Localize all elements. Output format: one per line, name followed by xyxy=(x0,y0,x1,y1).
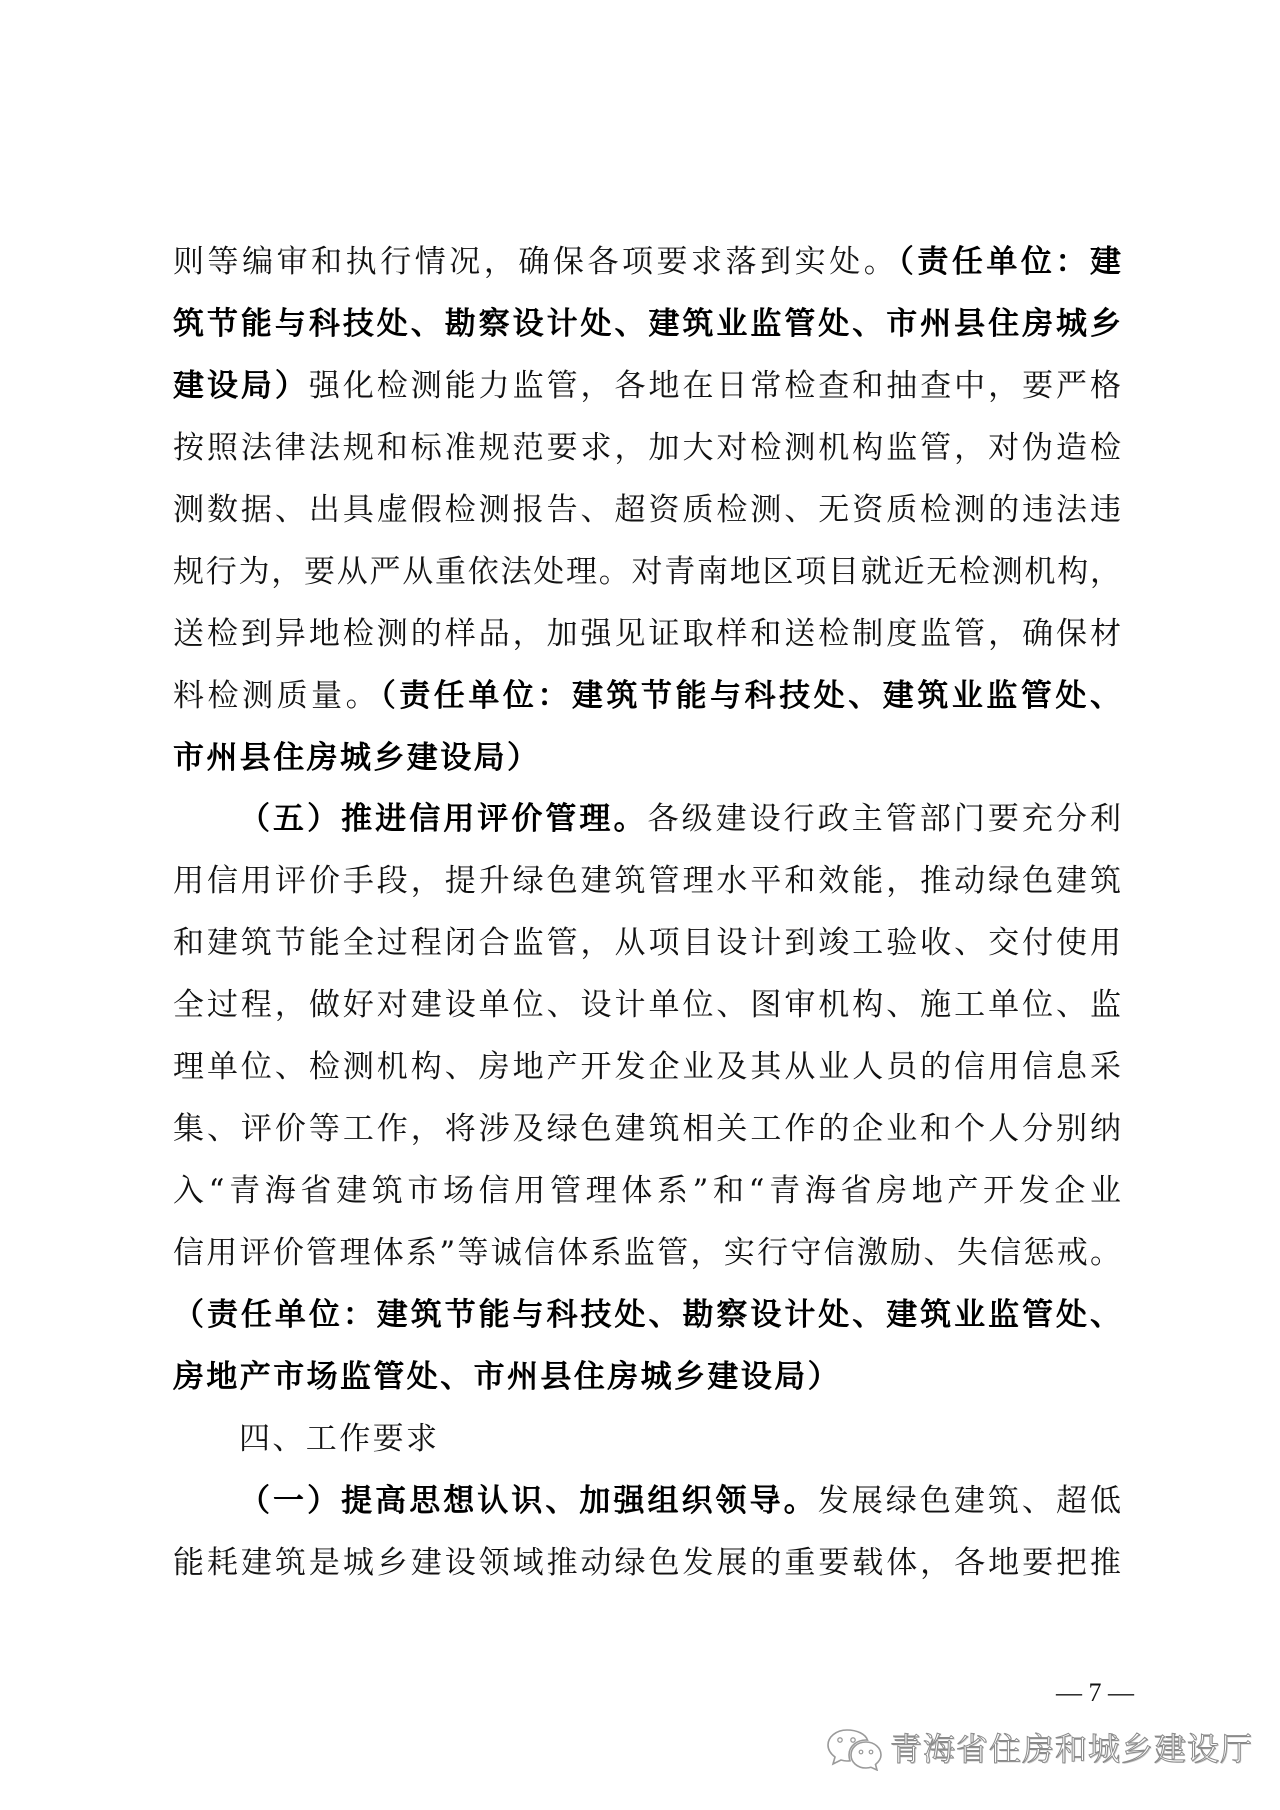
responsible-unit-text: 筑节能与科技处、勘察设计处、建筑业监管处、市州县住房城乡 xyxy=(173,306,1121,342)
text-line: 集、评价等工作，将涉及绿色建筑相关工作的企业和个人分别纳 xyxy=(173,1109,1121,1149)
text-line: 测数据、出具虚假检测报告、超资质检测、无资质检测的违法违 xyxy=(173,490,1121,530)
body-text-run: 强化检测能力监管，各地在日常检查和抽查中，要严格 xyxy=(309,368,1121,404)
body-text-run: 发展绿色建筑、超低 xyxy=(818,1483,1121,1519)
section-heading-line: （五）推进信用评价管理。各级建设行政主管部门要充分利 xyxy=(239,799,1121,839)
text-line: 和建筑节能全过程闭合监管，从项目设计到竣工验收、交付使用 xyxy=(173,923,1121,963)
body-text-run: 能耗建筑是城乡建设领域推动绿色发展的重要载体，各地要把推 xyxy=(173,1545,1121,1581)
text-line: 料检测质量。（责任单位：建筑节能与科技处、建筑业监管处、 xyxy=(173,676,1121,716)
body-text-run: 则等编审和执行情况，确保各项要求落到实处。 xyxy=(173,244,898,280)
body-text-run: 集、评价等工作，将涉及绿色建筑相关工作的企业和个人分别纳 xyxy=(173,1111,1121,1147)
chapter-heading-line: 四、工作要求 xyxy=(239,1419,1121,1459)
body-text-run: 料检测质量。 xyxy=(173,678,380,714)
chapter-heading-text: 四、工作要求 xyxy=(239,1421,439,1457)
body-text-run: 信用评价管理体系”等诚信体系监管，实行守信激励、失信惩戒。 xyxy=(173,1235,1121,1271)
text-line: （责任单位：建筑节能与科技处、勘察设计处、建筑业监管处、 xyxy=(173,1295,1121,1335)
text-line: 房地产市场监管处、市州县住房城乡建设局） xyxy=(173,1357,1121,1397)
text-line: 送检到异地检测的样品，加强见证取样和送检制度监管，确保材 xyxy=(173,614,1121,654)
page-number: — 7 — xyxy=(1056,1678,1126,1708)
watermark: 青海省住房和城乡建设厅 xyxy=(826,1726,1253,1772)
text-line: 理单位、检测机构、房地产开发企业及其从业人员的信用信息采 xyxy=(173,1047,1121,1087)
section-heading-line: （一）提高思想认识、加强组织领导。发展绿色建筑、超低 xyxy=(239,1481,1121,1521)
body-text-run: 各级建设行政主管部门要充分利 xyxy=(647,801,1121,837)
body-text-run: 全过程，做好对建设单位、设计单位、图审机构、施工单位、监 xyxy=(173,987,1121,1023)
text-line: 筑节能与科技处、勘察设计处、建筑业监管处、市州县住房城乡 xyxy=(173,304,1121,344)
responsible-unit-text: 房地产市场监管处、市州县住房城乡建设局） xyxy=(173,1359,841,1395)
text-line: 市州县住房城乡建设局） xyxy=(173,738,1121,778)
body-text-run: 理单位、检测机构、房地产开发企业及其从业人员的信用信息采 xyxy=(173,1049,1121,1085)
body-text-run: 测数据、出具虚假检测报告、超资质检测、无资质检测的违法违 xyxy=(173,492,1121,528)
wechat-icon xyxy=(826,1727,882,1771)
text-line: 则等编审和执行情况，确保各项要求落到实处。（责任单位：建 xyxy=(173,242,1121,282)
body-text-run: 用信用评价手段，提升绿色建筑管理水平和效能，推动绿色建筑 xyxy=(173,863,1121,899)
document-page: 则等编审和执行情况，确保各项要求落到实处。（责任单位：建 筑节能与科技处、勘察设… xyxy=(0,0,1280,1810)
watermark-text: 青海省住房和城乡建设厅 xyxy=(890,1727,1253,1771)
responsible-unit-text: 建设局） xyxy=(173,368,309,404)
responsible-unit-text: （责任单位：建筑节能与科技处、建筑业监管处、 xyxy=(380,678,1121,714)
text-line: 入“青海省建筑市场信用管理体系”和“青海省房地产开发企业 xyxy=(173,1171,1121,1211)
body-text-run: 入“青海省建筑市场信用管理体系”和“青海省房地产开发企业 xyxy=(173,1173,1121,1209)
section-heading-text: （一）提高思想认识、加强组织领导。 xyxy=(239,1483,818,1519)
text-line: 规行为，要从严从重依法处理。对青南地区项目就近无检测机构， xyxy=(173,552,1121,592)
responsible-unit-text: 市州县住房城乡建设局） xyxy=(173,740,540,776)
body-text-run: 送检到异地检测的样品，加强见证取样和送检制度监管，确保材 xyxy=(173,616,1121,652)
text-line: 按照法律法规和标准规范要求，加大对检测机构监管，对伪造检 xyxy=(173,428,1121,468)
section-heading-text: （五）推进信用评价管理。 xyxy=(239,801,647,837)
responsible-unit-text: （责任单位：建筑节能与科技处、勘察设计处、建筑业监管处、 xyxy=(173,1297,1121,1333)
text-line: 能耗建筑是城乡建设领域推动绿色发展的重要载体，各地要把推 xyxy=(173,1543,1121,1583)
text-line: 用信用评价手段，提升绿色建筑管理水平和效能，推动绿色建筑 xyxy=(173,861,1121,901)
text-line: 信用评价管理体系”等诚信体系监管，实行守信激励、失信惩戒。 xyxy=(173,1233,1121,1273)
responsible-unit-text: （责任单位：建 xyxy=(898,244,1121,280)
text-line: 全过程，做好对建设单位、设计单位、图审机构、施工单位、监 xyxy=(173,985,1121,1025)
body-text-run: 规行为，要从严从重依法处理。对青南地区项目就近无检测机构， xyxy=(173,554,1121,590)
body-text-run: 按照法律法规和标准规范要求，加大对检测机构监管，对伪造检 xyxy=(173,430,1121,466)
text-line: 建设局）强化检测能力监管，各地在日常检查和抽查中，要严格 xyxy=(173,366,1121,406)
body-text-run: 和建筑节能全过程闭合监管，从项目设计到竣工验收、交付使用 xyxy=(173,925,1121,961)
